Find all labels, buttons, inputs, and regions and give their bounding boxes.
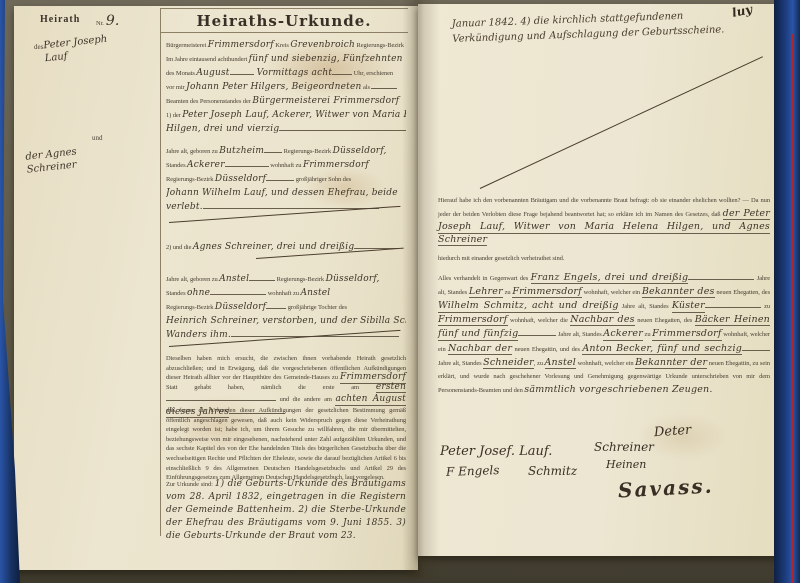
printed-text: Standes <box>166 290 187 297</box>
left-page: Heirath Nr. 9. Heiraths-Urkunde. des Pet… <box>14 6 418 570</box>
book-cover-right <box>774 0 800 583</box>
printed-text: Regierungs-Bezirk <box>275 276 325 283</box>
printed-text: des Monats <box>166 70 196 77</box>
form-line: verlebt. <box>166 198 406 212</box>
handwritten-text: Wilhelm Schmitz, acht und dreißig <box>438 300 619 313</box>
blank-rule <box>203 200 379 209</box>
form-line: Bürgermeisterei Frimmersdorf Kreis Greve… <box>166 36 406 50</box>
record-number: Nr. 9. <box>96 13 120 29</box>
handwritten-text: Bekannter des <box>642 286 715 299</box>
printed-text: daß ferner die Urkunden dieser Aufkündig… <box>166 407 406 481</box>
printed-text: wohnhaft, welcher ein <box>576 360 635 367</box>
margin-conjunction: und <box>92 134 103 142</box>
handwritten-text: 1) die Geburts-Urkunde des Bräutigams vo… <box>166 479 406 541</box>
printed-text: wohnhaft, welcher ein <box>582 289 642 296</box>
printed-text: neuen Ehegatten, des <box>635 317 695 324</box>
printed-text: neuen Ehegatten, des <box>715 289 770 296</box>
form-line: des Monats August Vormittags acht Uhr, e… <box>166 64 406 78</box>
handwritten-text: Butzheim <box>219 146 264 156</box>
handwritten-text: Wanders ihm. <box>166 330 231 340</box>
handwritten-text: Lehrer <box>469 286 503 299</box>
handwritten-text: August <box>196 68 229 78</box>
form-line: Hilgen, drei und vierzig <box>166 120 406 134</box>
printed-text: Statt gehabt haben, nämlich die erste am <box>166 384 376 391</box>
handwritten-text: verlebt. <box>166 202 203 212</box>
blank-rule <box>264 144 282 153</box>
form-line: Im Jahre eintausend achthundert fünf und… <box>166 50 406 64</box>
handwritten-text: Frimmersdorf <box>512 286 582 299</box>
signature-registrar: Savass. <box>617 474 714 503</box>
handwritten-text: Ackerer <box>187 160 225 170</box>
handwritten-text: Anton Becker, fünf und sechzig <box>582 343 742 356</box>
printed-text: Regierungs-Bezirk <box>282 148 332 155</box>
printed-text: vor mir <box>166 84 186 91</box>
handwritten-text: Anstel <box>545 357 577 370</box>
handwritten-text: Küster <box>672 300 705 313</box>
form-line: Standes ohne wohnhaft zu Anstel <box>166 284 406 298</box>
form-rule-header <box>160 32 408 33</box>
handwritten-text: Johann Peter Hilgers, Beigeordneten <box>186 82 361 92</box>
handwritten-text: ohne <box>187 288 210 298</box>
printed-text: großjähriger Sohn des <box>294 176 351 183</box>
handwritten-text: Bürgermeisterei Frimmersdorf <box>252 96 399 106</box>
signature-groom: Peter Josef. Lauf. <box>440 444 552 459</box>
printed-text: zu <box>761 303 770 310</box>
handwritten-text: Hilgen, drei und vierzig <box>166 124 279 134</box>
blank-rule <box>518 327 556 336</box>
corner-mark: luy <box>731 2 754 20</box>
blank-rule <box>166 392 276 401</box>
printed-text: zu <box>503 289 513 296</box>
printed-text: hiedurch mit einander gesetzlich verheir… <box>438 255 564 262</box>
witnesses-paragraph: Alles verhandelt in Gegenwart des Franz … <box>438 271 770 397</box>
printed-text: Jahre alt, Standes <box>556 331 603 338</box>
handwritten-text: sämmtlich vorgeschriebenen Zeugen. <box>524 384 712 395</box>
pen-stroke <box>480 56 763 189</box>
handwritten-text: Schneider <box>483 357 534 370</box>
printed-text: Hierauf habe ich den vorbenannten Bräuti… <box>438 197 770 218</box>
right-page-text: Hierauf habe ich den vorbenannten Bräuti… <box>438 194 770 397</box>
handwritten-text: Bekannter der <box>635 357 707 370</box>
signature-bride: Schreiner <box>594 440 654 454</box>
form-entries: Bürgermeisterei Frimmersdorf Kreis Greve… <box>166 36 406 340</box>
blank-rule <box>266 172 294 181</box>
handwritten-text: Nachbar der <box>448 343 512 356</box>
handwritten-text: Vormittags acht <box>254 68 333 78</box>
blank-rule <box>371 80 397 89</box>
form-line: vor mir Johann Peter Hilgers, Beigeordne… <box>166 78 406 92</box>
form-line: Beamten des Personenstandes der Bürgerme… <box>166 92 406 106</box>
form-line: Heinrich Schreiner, verstorben, und der … <box>166 312 406 326</box>
printed-text: Kreis <box>274 42 291 49</box>
printed-text: Jahre alt, Standes <box>438 360 483 367</box>
form-line: Johann Wilhelm Lauf, und dessen Ehefrau,… <box>166 184 406 198</box>
printed-text: und die andere am <box>276 396 335 403</box>
handwritten-text: Düsseldorf, <box>333 146 387 156</box>
printed-text: wohnhaft, welcher die <box>508 317 571 324</box>
handwritten-text: Ackerer <box>603 328 643 341</box>
blank-rule <box>225 158 269 167</box>
handwritten-text: Frimmersdorf <box>303 160 369 170</box>
blank-rule <box>249 272 275 281</box>
handwritten-text: fünf und siebenzig, Fünfzehnten <box>249 54 403 64</box>
signature-witness-heinen: Heinen <box>606 458 646 471</box>
form-line: Standes Ackerer wohnhaft zu Frimmersdorf <box>166 156 406 170</box>
record-number-label: Nr. <box>96 20 104 27</box>
printed-text: Uhr, erschienen <box>352 70 393 77</box>
blank-rule <box>742 342 770 351</box>
printed-text: Regierungs-Bezirk <box>166 176 215 183</box>
blank-rule <box>688 271 754 280</box>
margin-bride-note: der Agnes Schreiner <box>25 145 79 176</box>
blank-rule <box>266 300 286 309</box>
handwritten-text: Franz Engels, drei und dreißig <box>531 272 689 285</box>
declaration-paragraph: Hierauf habe ich den vorbenannten Bräuti… <box>438 194 770 246</box>
signature-witness-engels: F Engels <box>446 463 500 479</box>
form-line: Regierungs-Bezirk Düsseldorf großjährige… <box>166 170 406 184</box>
printed-text: , zu <box>534 360 545 367</box>
printed-text: großjährige Tochter des <box>286 304 347 311</box>
printed-text: neuen Ehegattin, und des <box>512 346 582 353</box>
blank-rule <box>332 66 352 75</box>
handwritten-text: ersten <box>376 382 406 394</box>
printed-text: zu <box>643 331 652 338</box>
handwritten-text: Nachbar des <box>570 314 634 327</box>
printed-text: Zur Urkunde sind: <box>166 481 215 488</box>
printed-text: Im Jahre eintausend achthundert <box>166 56 249 63</box>
form-rule-vertical <box>160 8 161 536</box>
form-line: Jahre alt, geboren zu Butzheim Regierung… <box>166 142 406 156</box>
handwritten-text: Johann Wilhelm Lauf, und dessen Ehefrau,… <box>166 188 398 198</box>
printed-text: Standes <box>166 162 187 169</box>
margin-groom-prefix: des <box>34 43 43 51</box>
printed-text: 1) der <box>166 112 182 119</box>
cover-red-edge <box>791 34 794 583</box>
signature-witness-deter: Deter <box>654 423 692 441</box>
printed-text: Bürgermeisterei <box>166 42 208 49</box>
handwritten-text: Düsseldorf <box>215 174 266 184</box>
printed-text: wohnhaft zu <box>266 290 300 297</box>
handwritten-text: Frimmersdorf <box>652 328 722 341</box>
printed-text: Beamten des Personenstandes der <box>166 98 252 105</box>
form-line: Regierungs-Bezirk Düsseldorf großjährige… <box>166 298 406 312</box>
document-title: Heiraths-Urkunde. <box>160 12 408 30</box>
printed-text: Jahre alt, geboren zu <box>166 148 219 155</box>
legal-paragraph: daß ferner die Urkunden dieser Aufkündig… <box>166 406 406 483</box>
handwritten-text: Düsseldorf <box>215 302 266 312</box>
continuation-note: Januar 1842. 4) die kirchlich stattgefun… <box>452 7 733 47</box>
handwritten-text: Anstel <box>300 288 330 298</box>
record-number-value: 9. <box>106 13 120 29</box>
margin-heading: Heirath <box>40 14 80 25</box>
blank-rule <box>210 286 266 295</box>
handwritten-text: Grevenbroich <box>290 40 355 50</box>
right-page: luy Januar 1842. 4) die kirchlich stattg… <box>418 4 782 556</box>
signature-witness-schmitz: Schmitz <box>528 464 577 478</box>
printed-text: Regierungs-Bezirk Düsseldorf. <box>355 42 406 49</box>
form-line: Jahre alt, geboren zu Anstel Regierungs-… <box>166 270 406 284</box>
printed-text: Jahre alt, Standes <box>619 303 672 310</box>
margin-groom-note: Peter Joseph Lauf <box>43 33 109 66</box>
blank-rule <box>705 299 761 308</box>
documents-paragraph: Zur Urkunde sind: 1) die Geburts-Urkunde… <box>166 478 406 543</box>
printed-text: 2) und die <box>166 244 193 251</box>
printed-text: Alles verhandelt in Gegenwart des <box>438 275 531 282</box>
handwritten-text: Anstel <box>219 274 249 284</box>
handwritten-text: Agnes Schreiner, drei und dreißig <box>193 242 354 252</box>
married-clause: hiedurch mit einander gesetzlich verheir… <box>438 252 770 266</box>
handwritten-text: Frimmersdorf <box>208 40 274 50</box>
handwritten-text: Heinrich Schreiner, verstorben, und der … <box>166 316 406 326</box>
printed-text: wohnhaft zu <box>269 162 303 169</box>
form-line: 1) der Peter Joseph Lauf, Ackerer, Witwe… <box>166 106 406 120</box>
printed-text: als <box>361 84 371 91</box>
blank-rule <box>279 122 406 131</box>
printed-text: Jahre alt, geboren zu <box>166 276 219 283</box>
blank-rule <box>230 66 254 75</box>
handwritten-text: Düsseldorf, <box>326 274 380 284</box>
handwritten-text: Frimmersdorf <box>438 314 508 327</box>
handwritten-text: Peter Joseph Lauf, Ackerer, Witwer von M… <box>182 110 406 120</box>
form-rule-top <box>160 8 408 9</box>
printed-text: Regierungs-Bezirk <box>166 304 215 311</box>
book-spread: Heirath Nr. 9. Heiraths-Urkunde. des Pet… <box>0 0 800 583</box>
